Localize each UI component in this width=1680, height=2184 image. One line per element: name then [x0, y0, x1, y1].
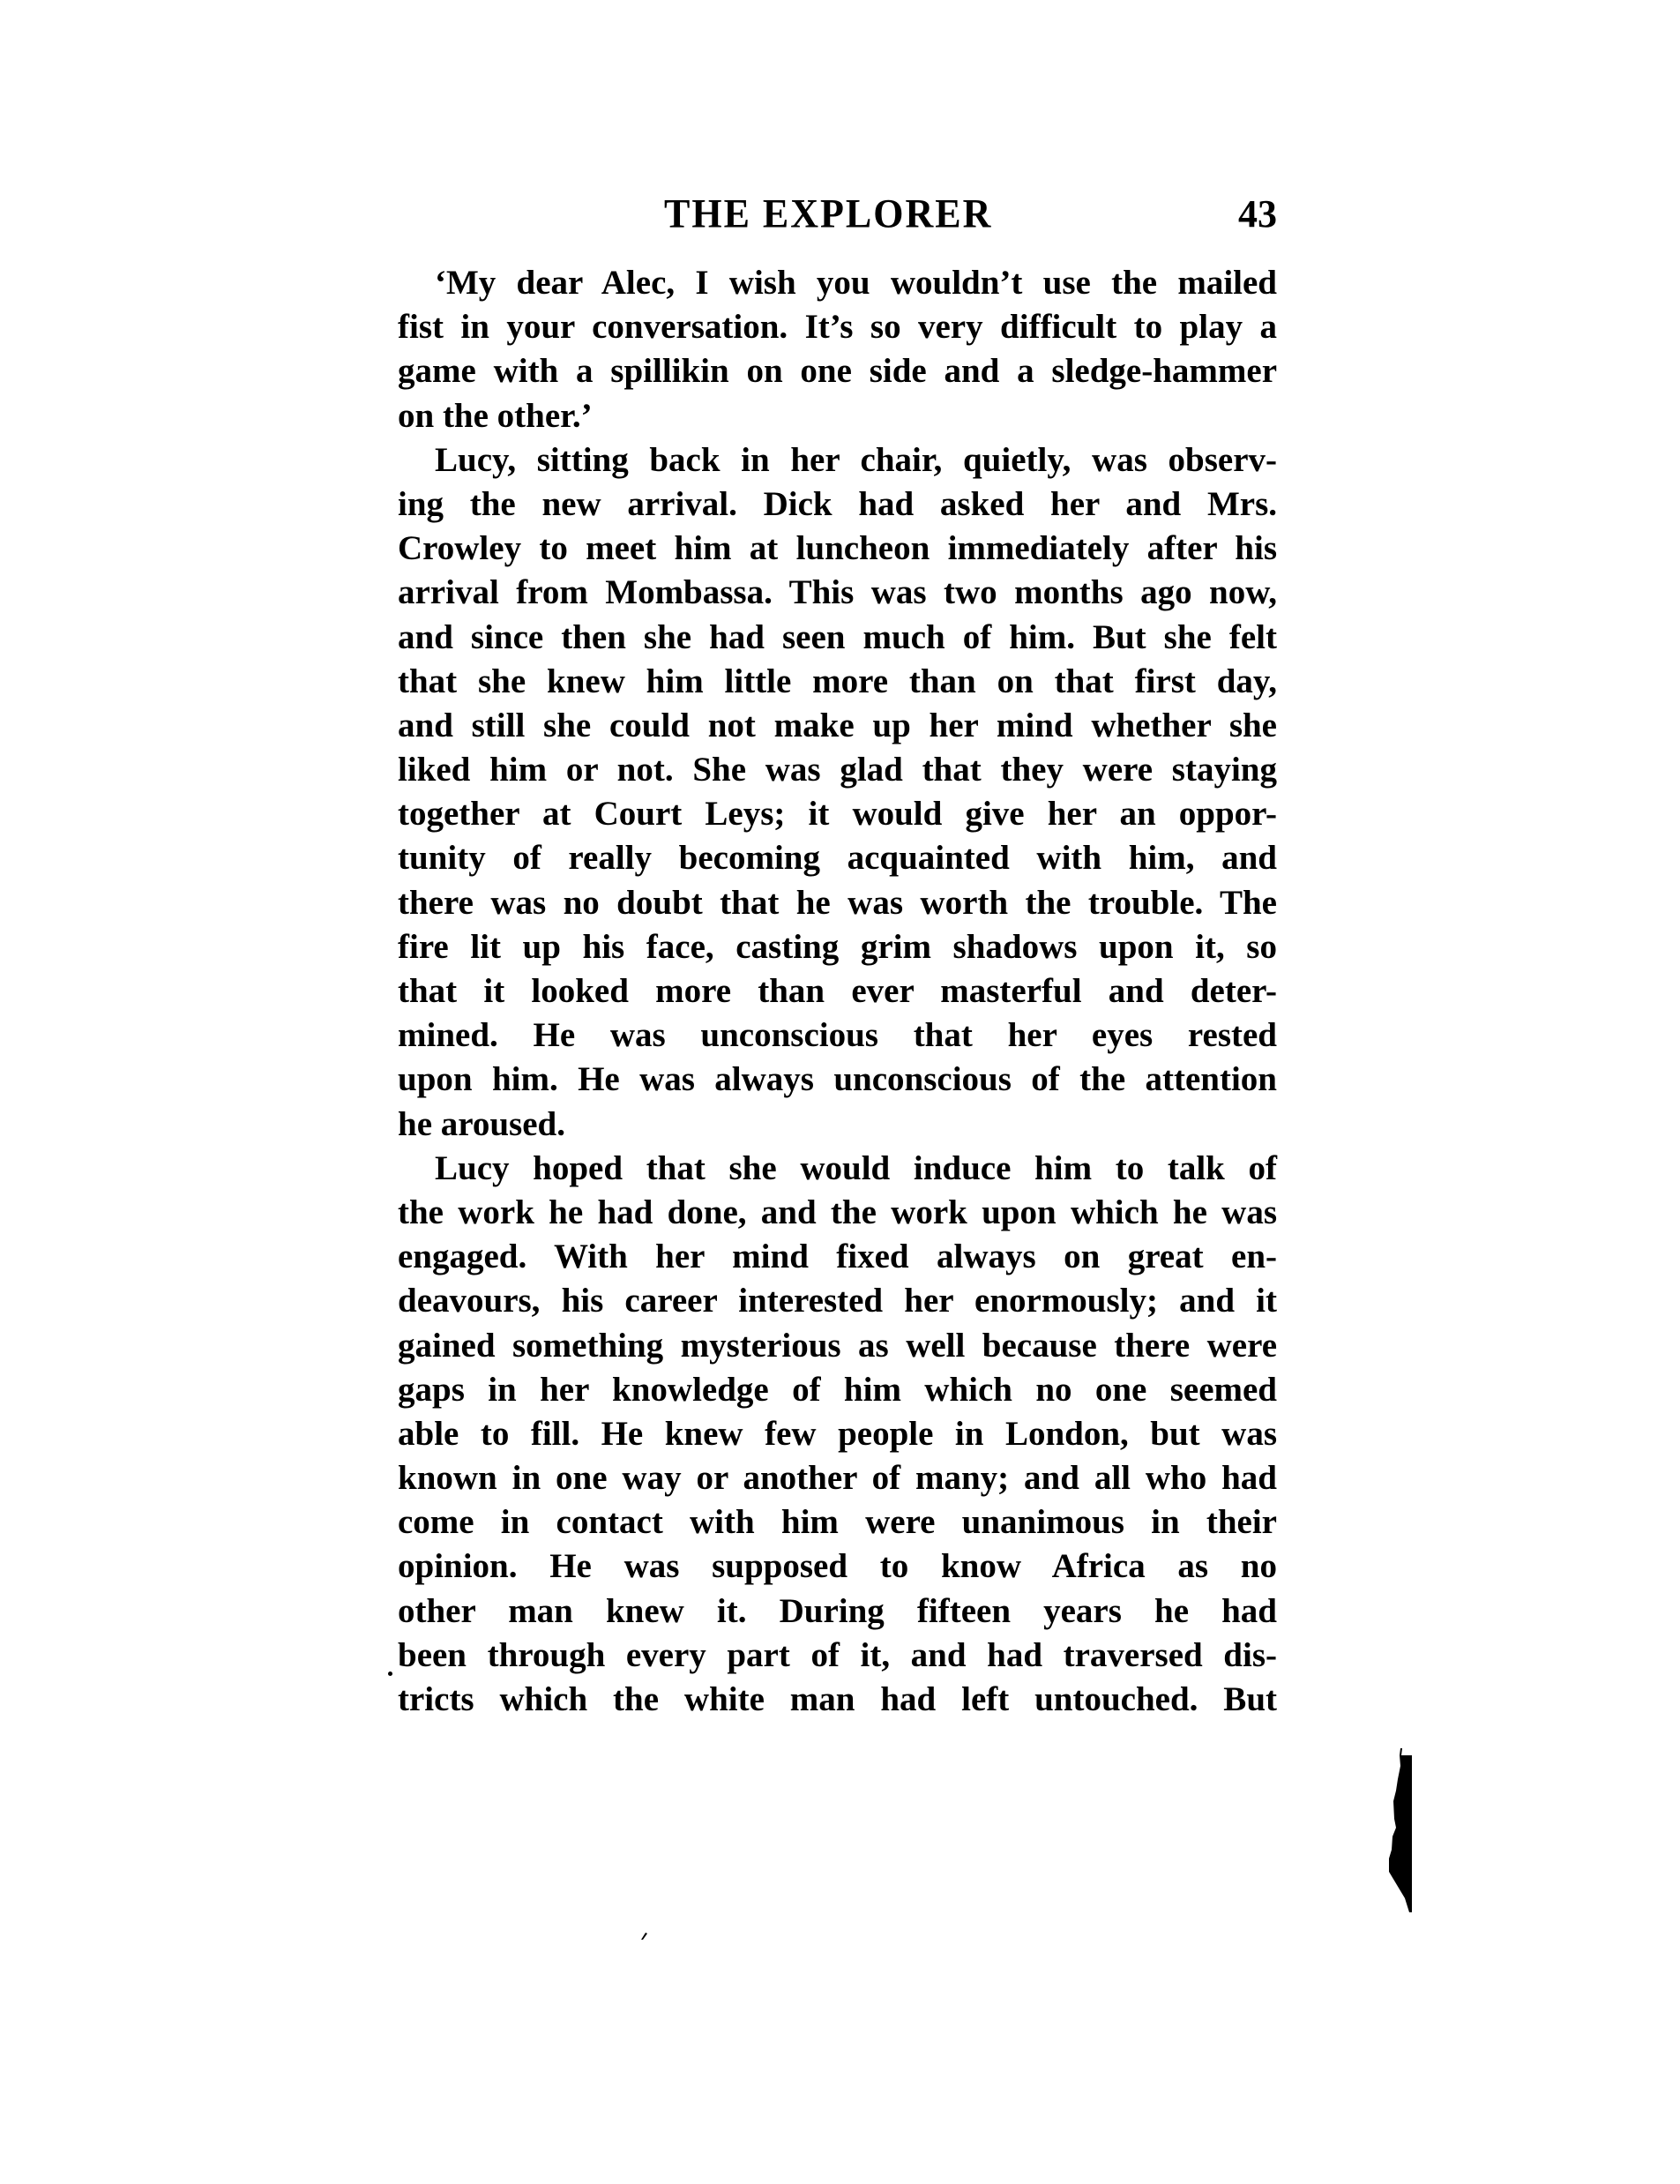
text-line: together at Court Leys; it would give he… — [398, 792, 1277, 836]
text-line: able to fill. He knew few people in Lond… — [398, 1412, 1277, 1456]
text-line: come in contact with him were unanimous … — [398, 1500, 1277, 1545]
text-line: other man knew it. During fifteen years … — [398, 1589, 1277, 1634]
book-page: THE EXPLORER 43 ‘My dear Alec, I wish yo… — [0, 0, 1680, 2184]
text-line: opinion. He was supposed to know Africa … — [398, 1545, 1277, 1589]
page-edge-shadow — [1382, 1748, 1412, 1912]
scan-mark — [639, 1932, 648, 1941]
text-line: fire lit up his face, casting grim shado… — [398, 925, 1277, 969]
text-line: been through every part of it, and had t… — [398, 1634, 1277, 1678]
body-text: ‘My dear Alec, I wish you wouldn’t use t… — [398, 261, 1277, 1722]
text-line: there was no doubt that he was worth the… — [398, 881, 1277, 925]
text-line: and since then she had seen much of him.… — [398, 616, 1277, 660]
page-number: 43 — [1238, 192, 1277, 236]
text-line: on the other.’ — [398, 394, 1277, 438]
text-line: liked him or not. She was glad that they… — [398, 748, 1277, 792]
text-line: and still she could not make up her mind… — [398, 704, 1277, 748]
text-line: that it looked more than ever masterful … — [398, 969, 1277, 1013]
text-line: Crowley to meet him at luncheon immediat… — [398, 527, 1277, 571]
text-line: engaged. With her mind fixed always on g… — [398, 1235, 1277, 1279]
text-line: Lucy hoped that she would induce him to … — [398, 1147, 1277, 1191]
text-line: ing the new arrival. Dick had asked her … — [398, 482, 1277, 527]
text-line: the work he had done, and the work upon … — [398, 1191, 1277, 1235]
text-line: ‘My dear Alec, I wish you wouldn’t use t… — [398, 261, 1277, 305]
text-line: gained something mysterious as well beca… — [398, 1324, 1277, 1368]
running-title: THE EXPLORER — [664, 191, 992, 238]
text-line: that she knew him little more than on th… — [398, 660, 1277, 704]
text-line: tunity of really becoming acquainted wit… — [398, 836, 1277, 880]
text-line: arrival from Mombassa. This was two mont… — [398, 571, 1277, 615]
text-line: Lucy, sitting back in her chair, quietly… — [398, 438, 1277, 482]
text-line: he aroused. — [398, 1103, 1277, 1147]
scan-speck — [388, 1672, 392, 1676]
text-line: known in one way or another of many; and… — [398, 1456, 1277, 1500]
text-line: upon him. He was always unconscious of t… — [398, 1058, 1277, 1102]
text-line: deavours, his career interested her enor… — [398, 1279, 1277, 1323]
text-line: gaps in her knowledge of him which no on… — [398, 1368, 1277, 1412]
text-line: mined. He was unconscious that her eyes … — [398, 1013, 1277, 1058]
text-line: game with a spillikin on one side and a … — [398, 349, 1277, 393]
text-line: tricts which the white man had left unto… — [398, 1678, 1277, 1722]
text-line: fist in your conversation. It’s so very … — [398, 305, 1277, 349]
running-head: THE EXPLORER 43 — [398, 192, 1277, 236]
